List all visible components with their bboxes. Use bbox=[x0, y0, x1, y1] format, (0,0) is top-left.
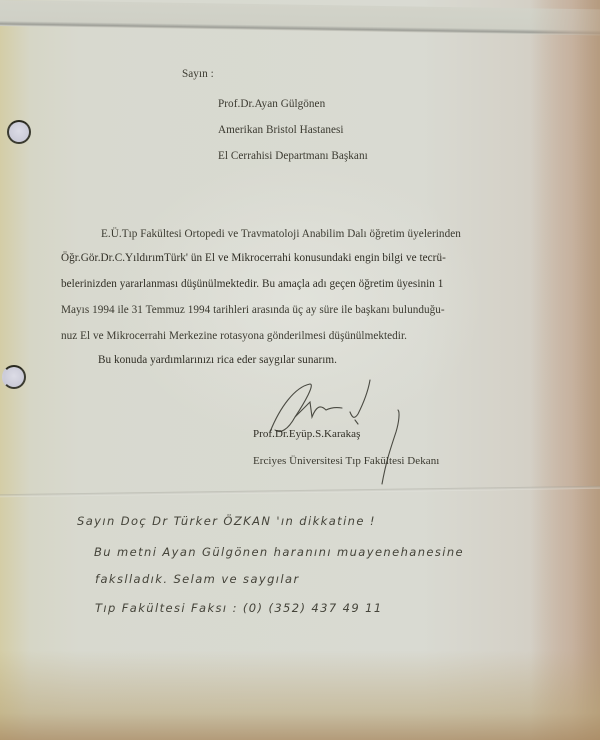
signatory-name: Prof.Dr.Eyüp.S.Karakaş bbox=[253, 428, 360, 440]
handwritten-line: Tıp Fakültesi Faksı : (0) (352) 437 49 1… bbox=[95, 601, 383, 615]
body-line: nuz El ve Mikrocerrahi Merkezine rotasyo… bbox=[61, 330, 407, 342]
handwritten-line: Sayın Doç Dr Türker ÖZKAN 'ın dikkatine … bbox=[77, 514, 376, 528]
paper-right-stain bbox=[530, 0, 600, 740]
recipient-title: El Cerrahisi Departmanı Başkanı bbox=[218, 150, 368, 162]
body-line: Öğr.Gör.Dr.C.YıldırımTürk' ün El ve Mikr… bbox=[61, 252, 446, 264]
salutation: Sayın : bbox=[182, 68, 214, 80]
handwritten-line: Bu metni Ayan Gülgönen haranını muayeneh… bbox=[94, 545, 464, 559]
letter-paper bbox=[0, 0, 600, 740]
recipient-institution: Amerikan Bristol Hastanesi bbox=[218, 124, 344, 136]
body-line: E.Ü.Tıp Fakültesi Ortopedi ve Travmatolo… bbox=[101, 228, 461, 240]
handwritten-line: fakslladık. Selam ve saygılar bbox=[95, 572, 300, 586]
body-line: Bu konuda yardımlarınızı rica eder saygı… bbox=[98, 354, 337, 366]
paper-bottom-stain bbox=[0, 650, 600, 740]
body-line: belerinizden yararlanması düşünülmektedi… bbox=[61, 278, 443, 290]
punch-hole-icon bbox=[7, 120, 31, 144]
recipient-name: Prof.Dr.Ayan Gülgönen bbox=[218, 98, 325, 110]
body-line: Mayıs 1994 ile 31 Temmuz 1994 tarihleri … bbox=[61, 304, 445, 316]
signatory-title: Erciyes Üniversitesi Tıp Fakültesi Dekan… bbox=[253, 455, 439, 467]
punch-hole-icon bbox=[2, 365, 26, 389]
